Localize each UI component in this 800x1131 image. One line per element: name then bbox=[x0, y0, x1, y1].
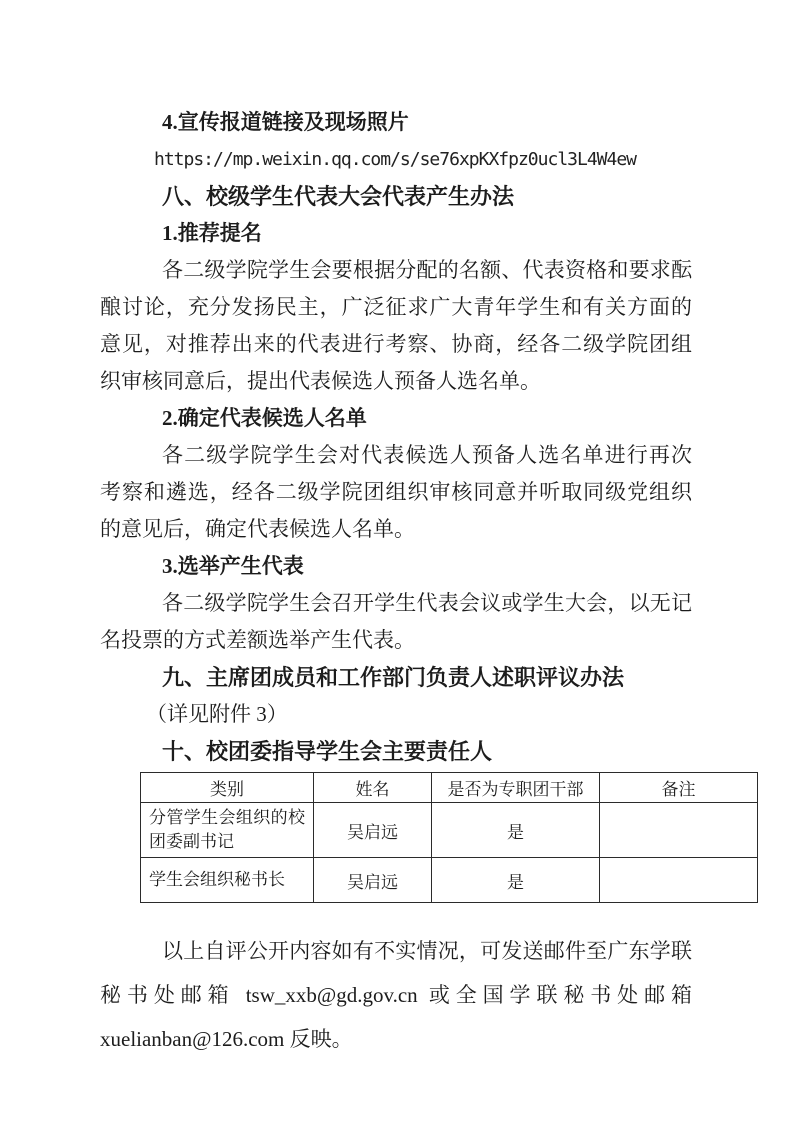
closing-line: 秘书处邮箱 tsw_xxb@gd.gov.cn 或全国学联秘书处邮箱 bbox=[100, 973, 692, 1017]
paragraph1-line: 织审核同意后，提出代表候选人预备人选名单。 bbox=[100, 363, 692, 400]
wechat-article-url: https://mp.weixin.qq.com/s/se76xpKXfpz0u… bbox=[100, 141, 692, 178]
closing-line: 以上自评公开内容如有不实情况，可发送邮件至广东学联 bbox=[100, 929, 692, 973]
table-cell-remark bbox=[600, 803, 758, 858]
table-cell-remark bbox=[600, 858, 758, 903]
section4-heading: 4.宣传报道链接及现场照片 bbox=[100, 104, 692, 141]
attachment-note: （详见附件 3） bbox=[100, 696, 692, 733]
table-cell-fulltime: 是 bbox=[432, 858, 600, 903]
table-cell-fulltime: 是 bbox=[432, 803, 600, 858]
document-page: 4.宣传报道链接及现场照片 https://mp.weixin.qq.com/s… bbox=[0, 0, 800, 1131]
paragraph1-line: 酿讨论，充分发扬民主，广泛征求广大青年学生和有关方面的 bbox=[100, 289, 692, 326]
paragraph1-line: 意见，对推荐出来的代表进行考察、协商，经各二级学院团组 bbox=[100, 326, 692, 363]
table-row: 分管学生会组织的校团委副书记 吴启远 是 bbox=[141, 803, 758, 858]
sub-heading-2: 2.确定代表候选人名单 bbox=[100, 400, 692, 437]
table-cell-name: 吴启远 bbox=[314, 858, 432, 903]
responsible-persons-table: 类别 姓名 是否为专职团干部 备注 分管学生会组织的校团委副书记 吴启远 是 学… bbox=[140, 772, 758, 903]
section8-heading: 八、校级学生代表大会代表产生办法 bbox=[100, 178, 692, 215]
table-header-name: 姓名 bbox=[314, 773, 432, 803]
section9-heading: 九、主席团成员和工作部门负责人述职评议办法 bbox=[100, 659, 692, 696]
paragraph3-line: 名投票的方式差额选举产生代表。 bbox=[100, 622, 692, 659]
paragraph2-line: 各二级学院学生会对代表候选人预备人选名单进行再次 bbox=[100, 437, 692, 474]
section10-heading: 十、校团委指导学生会主要责任人 bbox=[100, 733, 692, 770]
document-content: 4.宣传报道链接及现场照片 https://mp.weixin.qq.com/s… bbox=[100, 104, 692, 1061]
table-header-fulltime: 是否为专职团干部 bbox=[432, 773, 600, 803]
table-header-remark: 备注 bbox=[600, 773, 758, 803]
paragraph3-line: 各二级学院学生会召开学生代表会议或学生大会，以无记 bbox=[100, 585, 692, 622]
paragraph2-line: 的意见后，确定代表候选人名单。 bbox=[100, 511, 692, 548]
table-cell-category: 分管学生会组织的校团委副书记 bbox=[141, 803, 314, 858]
table-cell-category: 学生会组织秘书长 bbox=[141, 858, 314, 903]
paragraph1-line: 各二级学院学生会要根据分配的名额、代表资格和要求酝 bbox=[100, 252, 692, 289]
sub-heading-1: 1.推荐提名 bbox=[100, 215, 692, 252]
paragraph2-line: 考察和遴选，经各二级学院团组织审核同意并听取同级党组织 bbox=[100, 474, 692, 511]
table-row: 学生会组织秘书长 吴启远 是 bbox=[141, 858, 758, 903]
closing-line: xuelianban@126.com 反映。 bbox=[100, 1017, 692, 1061]
table-header-row: 类别 姓名 是否为专职团干部 备注 bbox=[141, 773, 758, 803]
table-header-category: 类别 bbox=[141, 773, 314, 803]
sub-heading-3: 3.选举产生代表 bbox=[100, 548, 692, 585]
table-cell-name: 吴启远 bbox=[314, 803, 432, 858]
closing-paragraph: 以上自评公开内容如有不实情况，可发送邮件至广东学联 秘书处邮箱 tsw_xxb@… bbox=[100, 929, 692, 1061]
